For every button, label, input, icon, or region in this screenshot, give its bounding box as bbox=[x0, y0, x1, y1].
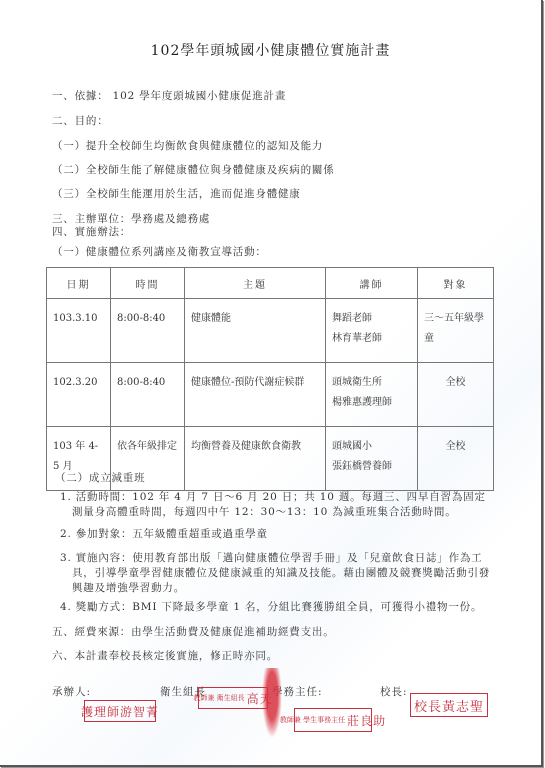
cell-time: 8:00-8:40 bbox=[111, 363, 185, 427]
cell-date: 103.3.10 bbox=[47, 299, 111, 363]
section-funding: 五、經費來源：由學生活動費及健康促進補助經費支出。 bbox=[52, 624, 335, 639]
document-title: 102學年頭城國小健康體位實施計畫 bbox=[0, 40, 541, 60]
cell-audience: 全校 bbox=[418, 427, 494, 491]
lecturer-line: 楊雅惠護理師 bbox=[332, 393, 411, 413]
organizer-label: 承辦人: bbox=[52, 684, 91, 699]
item-2: 2. 參加對象：五年級體重超重或過重學童 bbox=[60, 527, 485, 542]
table-row: 102.3.20 8:00-8:40 健康體位-預防代謝症候群 頭城衛生所楊雅惠… bbox=[47, 363, 494, 427]
cell-time: 8:00-8:40 bbox=[111, 299, 185, 363]
cell-date: 102.3.20 bbox=[47, 363, 111, 427]
stamp-health-title: 教師兼 衛生組長 bbox=[193, 694, 244, 702]
schedule-table: 日期 時間 主題 講師 對象 103.3.10 8:00-8:40 健康體能 舞… bbox=[46, 267, 494, 491]
red-seal-mark bbox=[262, 668, 282, 738]
item-3: 3. 實施內容：使用教育部出版「邁向健康體位學習手冊」及「兒童飲食日誌」作為工具… bbox=[60, 551, 497, 596]
stamp-principal: 校長黃志聖 bbox=[410, 693, 488, 717]
header-time: 時間 bbox=[111, 268, 185, 299]
section-methods-heading: 四、實施辦法： bbox=[52, 224, 131, 239]
cell-topic: 均衡營養及健康飲食衛教 bbox=[185, 427, 326, 491]
lecturer-line: 頭城衛生所 bbox=[332, 373, 411, 393]
lecturer-line: 張鈺橋營養師 bbox=[332, 457, 411, 477]
cell-lecturer: 舞蹈老師林育華老師 bbox=[326, 299, 418, 363]
stamp-organizer: 護理師游智菁 bbox=[84, 700, 156, 722]
item-1: 1. 活動時間：102 年 4 月 7 日～6 月 20 日；共 10 週。每週… bbox=[60, 490, 497, 520]
lecturer-line: 舞蹈老師 bbox=[332, 309, 411, 329]
section-approval: 六、本計畫奉校長核定後實施，修正時亦同。 bbox=[52, 648, 278, 663]
principal-label: 校長: bbox=[380, 684, 408, 699]
cell-lecturer: 頭城國小張鈺橋營養師 bbox=[326, 427, 418, 491]
header-lecturer: 講師 bbox=[326, 268, 418, 299]
methods-sub1: （一）健康體位系列講座及衛教宣導活動： bbox=[52, 244, 267, 259]
lecturer-line: 頭城國小 bbox=[332, 437, 411, 457]
header-topic: 主題 bbox=[185, 268, 326, 299]
cell-topic: 健康體能 bbox=[185, 299, 326, 363]
table-header-row: 日期 時間 主題 講師 對象 bbox=[47, 268, 494, 299]
item-4: 4. 獎勵方式：BMI 下降最多學童 1 名，分組比賽獲勝組全員，可獲得小禮物一… bbox=[60, 600, 500, 615]
stamp-affairs-title: 教師兼 學生事務主任 bbox=[280, 716, 345, 724]
stamp-student-affairs: 教師兼 學生事務主任 莊良助 bbox=[294, 708, 372, 732]
methods-sub2: （二）成立減重班 bbox=[55, 470, 145, 485]
header-date: 日期 bbox=[47, 268, 111, 299]
purpose-item: （三）全校師生能運用於生活，進而促進身體健康 bbox=[52, 186, 301, 201]
purpose-item: （一）提升全校師生均衡飲食與健康體位的認知及能力 bbox=[52, 138, 323, 153]
stamp-affairs-name: 莊良助 bbox=[347, 712, 386, 729]
stamp-health-leader: 教師兼 衛生組長 高天 bbox=[198, 687, 268, 709]
cell-lecturer: 頭城衛生所楊雅惠護理師 bbox=[326, 363, 418, 427]
cell-topic: 健康體位-預防代謝症候群 bbox=[185, 363, 326, 427]
lecturer-line: 林育華老師 bbox=[332, 329, 411, 349]
cell-audience: 全校 bbox=[418, 363, 494, 427]
cell-audience: 三～五年級學童 bbox=[418, 299, 494, 363]
table-row: 103.3.10 8:00-8:40 健康體能 舞蹈老師林育華老師 三～五年級學… bbox=[47, 299, 494, 363]
header-audience: 對象 bbox=[418, 268, 494, 299]
section-basis: 一、依據： 102 學年度頭城國小健康促進計畫 bbox=[52, 88, 286, 103]
section-purpose-heading: 二、目的： bbox=[52, 113, 109, 128]
document-page: 102學年頭城國小健康體位實施計畫 一、依據： 102 學年度頭城國小健康促進計… bbox=[0, 0, 543, 767]
purpose-item: （二）全校師生能了解健康體位與身體健康及疾病的關係 bbox=[52, 162, 335, 177]
